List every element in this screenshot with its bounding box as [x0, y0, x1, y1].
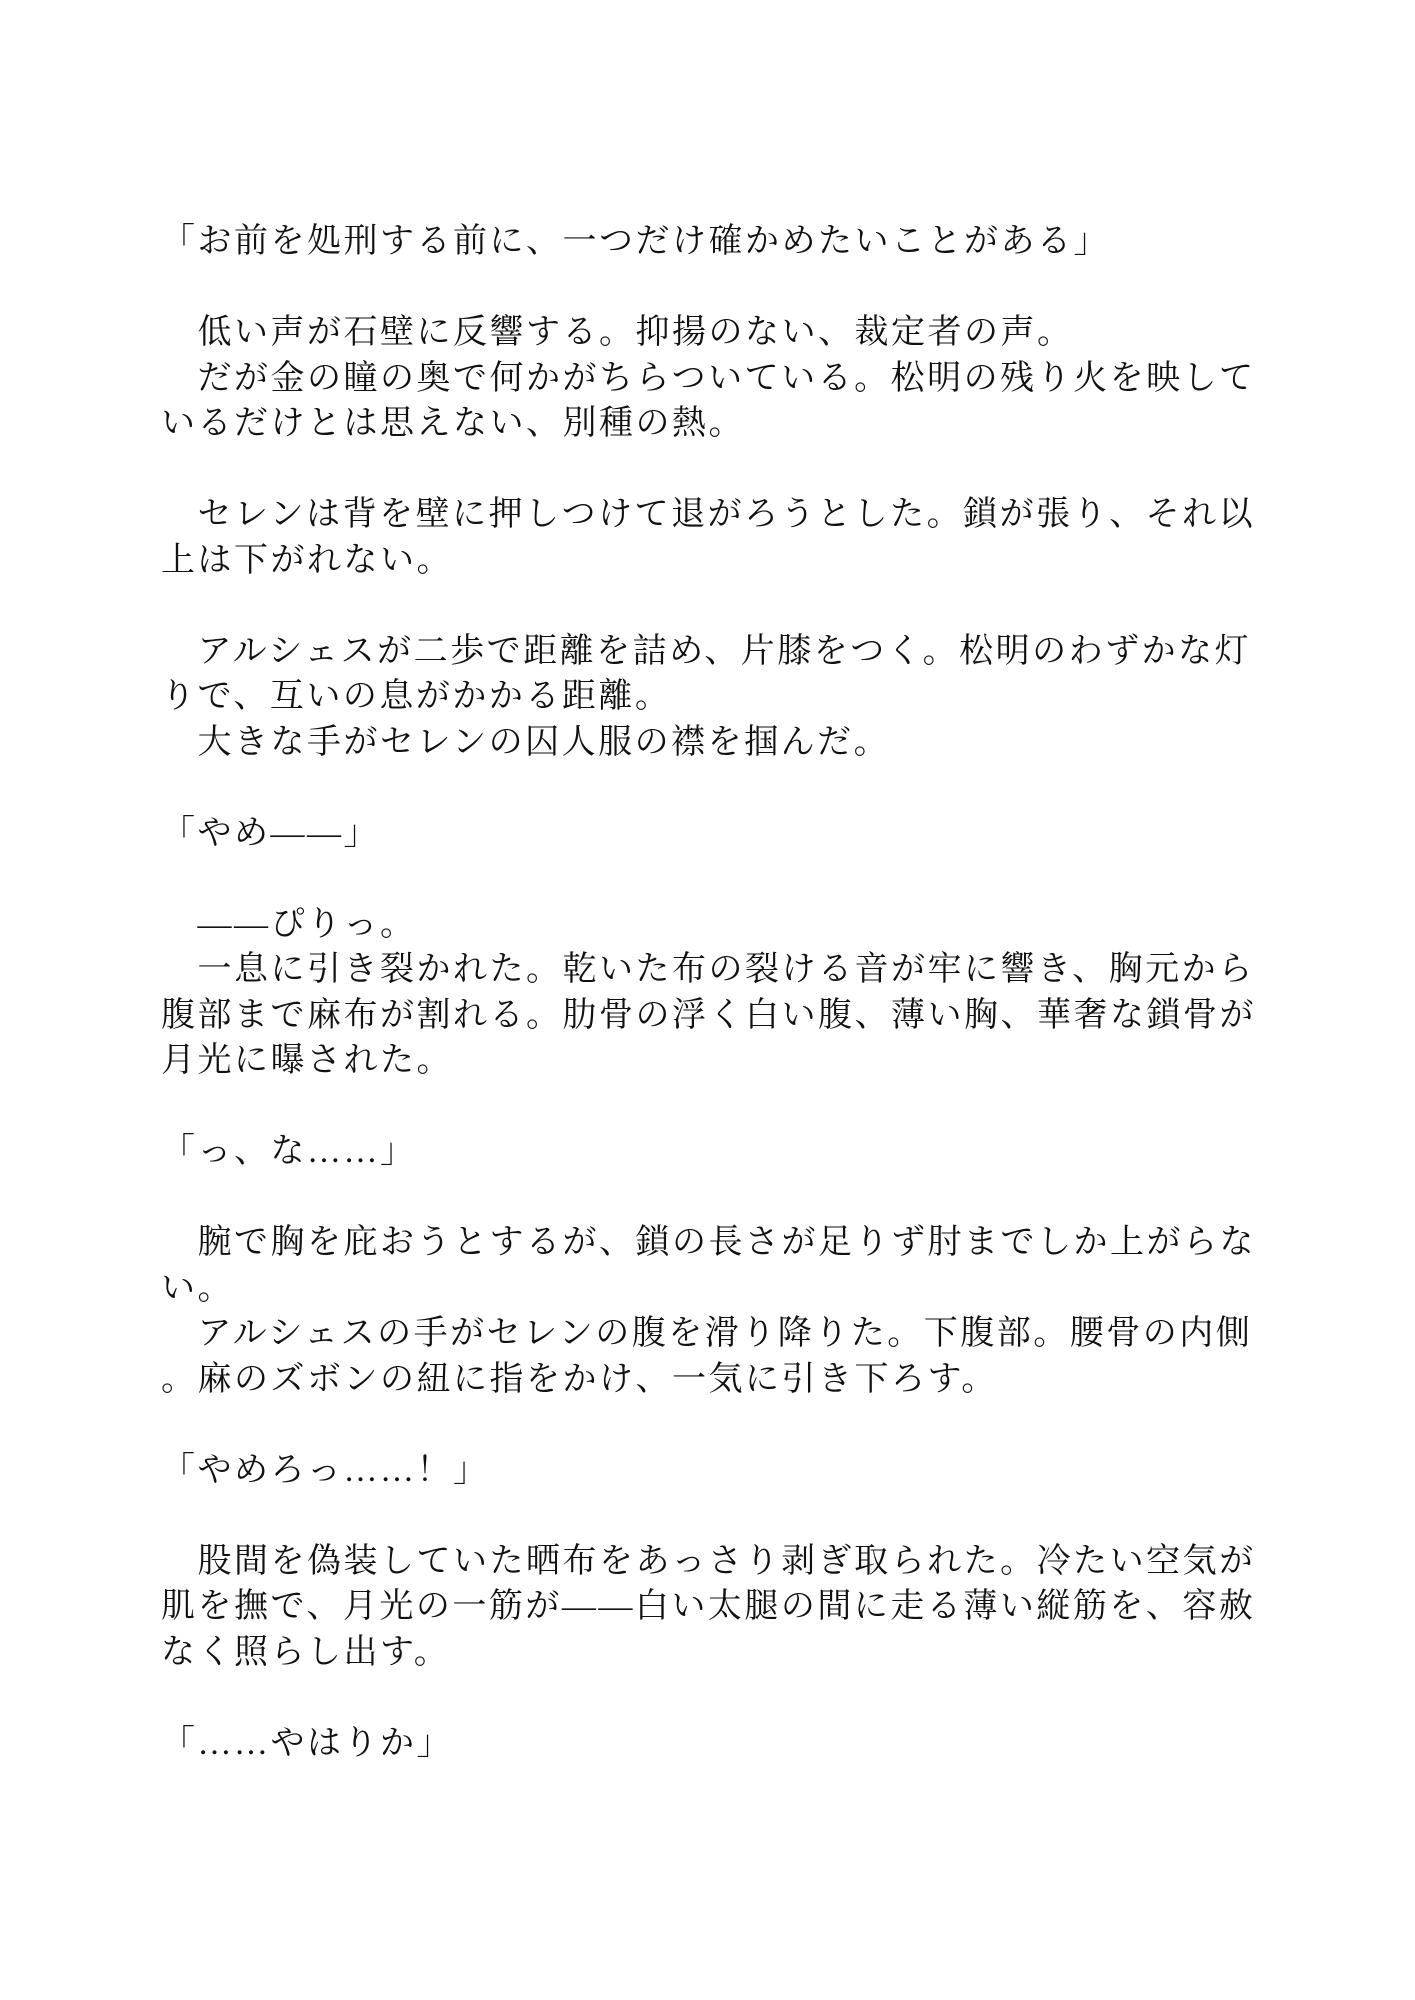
document-page: 「お前を処刑する前に、一つだけ確かめたいことがある」 低い声が石壁に反響する。抑…	[0, 0, 1415, 2000]
text-line: 低い声が石壁に反響する。抑揚のない、裁定者の声。	[161, 310, 1257, 356]
text-line: 「……やはりか」	[161, 1721, 1257, 1767]
dialogue-block: 「……やはりか」	[161, 1721, 1257, 1767]
text-line: 腹部まで麻布が割れる。肋骨の浮く白い腹、薄い胸、華奢な鎖骨が	[161, 993, 1257, 1039]
text-line: ――ぴりっ。	[161, 902, 1257, 948]
text-line: なく照らし出す。	[161, 1630, 1257, 1676]
text-line: 「っ、な……」	[161, 1129, 1257, 1175]
text-line: アルシェスの手がセレンの腹を滑り降りた。下腹部。腰骨の内側	[161, 1311, 1257, 1357]
text-line: セレンは背を壁に押しつけて退がろうとした。鎖が張り、それ以	[161, 492, 1257, 538]
text-line: アルシェスが二歩で距離を詰め、片膝をつく。松明のわずかな灯	[161, 629, 1257, 675]
text-line: 腕で胸を庇おうとするが、鎖の長さが足りず肘までしか上がらな	[161, 1220, 1257, 1266]
dialogue-block: 「やめろっ……！」	[161, 1448, 1257, 1494]
text-line: 上は下がれない。	[161, 538, 1257, 584]
text-body: 「お前を処刑する前に、一つだけ確かめたいことがある」 低い声が石壁に反響する。抑…	[161, 219, 1257, 1766]
text-line: だが金の瞳の奥で何かがちらついている。松明の残り火を映して	[161, 356, 1257, 402]
text-line: 肌を撫で、月光の一筋が――白い太腿の間に走る薄い縦筋を、容赦	[161, 1584, 1257, 1630]
dialogue-block: 「っ、な……」	[161, 1129, 1257, 1175]
text-line: 一息に引き裂かれた。乾いた布の裂ける音が牢に響き、胸元から	[161, 947, 1257, 993]
text-line: 「やめろっ……！」	[161, 1448, 1257, 1494]
text-line: い。	[161, 1266, 1257, 1312]
dialogue-block: 「やめ――」	[161, 811, 1257, 857]
dialogue-block: 「お前を処刑する前に、一つだけ確かめたいことがある」	[161, 219, 1257, 265]
text-line: 「やめ――」	[161, 811, 1257, 857]
text-line: 月光に曝された。	[161, 1038, 1257, 1084]
text-line: 「お前を処刑する前に、一つだけ確かめたいことがある」	[161, 219, 1257, 265]
text-line: 大きな手がセレンの囚人服の襟を掴んだ。	[161, 720, 1257, 766]
text-line: りで、互いの息がかかる距離。	[161, 674, 1257, 720]
text-line: いるだけとは思えない、別種の熱。	[161, 401, 1257, 447]
narrative-block: セレンは背を壁に押しつけて退がろうとした。鎖が張り、それ以上は下がれない。	[161, 492, 1257, 583]
narrative-block: 腕で胸を庇おうとするが、鎖の長さが足りず肘までしか上がらない。 アルシェスの手が…	[161, 1220, 1257, 1402]
text-line: 股間を偽装していた晒布をあっさり剥ぎ取られた。冷たい空気が	[161, 1539, 1257, 1585]
narrative-block: 低い声が石壁に反響する。抑揚のない、裁定者の声。 だが金の瞳の奥で何かがちらつい…	[161, 310, 1257, 447]
narrative-block: アルシェスが二歩で距離を詰め、片膝をつく。松明のわずかな灯りで、互いの息がかかる…	[161, 629, 1257, 766]
narrative-block: 股間を偽装していた晒布をあっさり剥ぎ取られた。冷たい空気が肌を撫で、月光の一筋が…	[161, 1539, 1257, 1676]
text-line: 。麻のズボンの紐に指をかけ、一気に引き下ろす。	[161, 1357, 1257, 1403]
narrative-block: ――ぴりっ。 一息に引き裂かれた。乾いた布の裂ける音が牢に響き、胸元から腹部まで…	[161, 902, 1257, 1084]
